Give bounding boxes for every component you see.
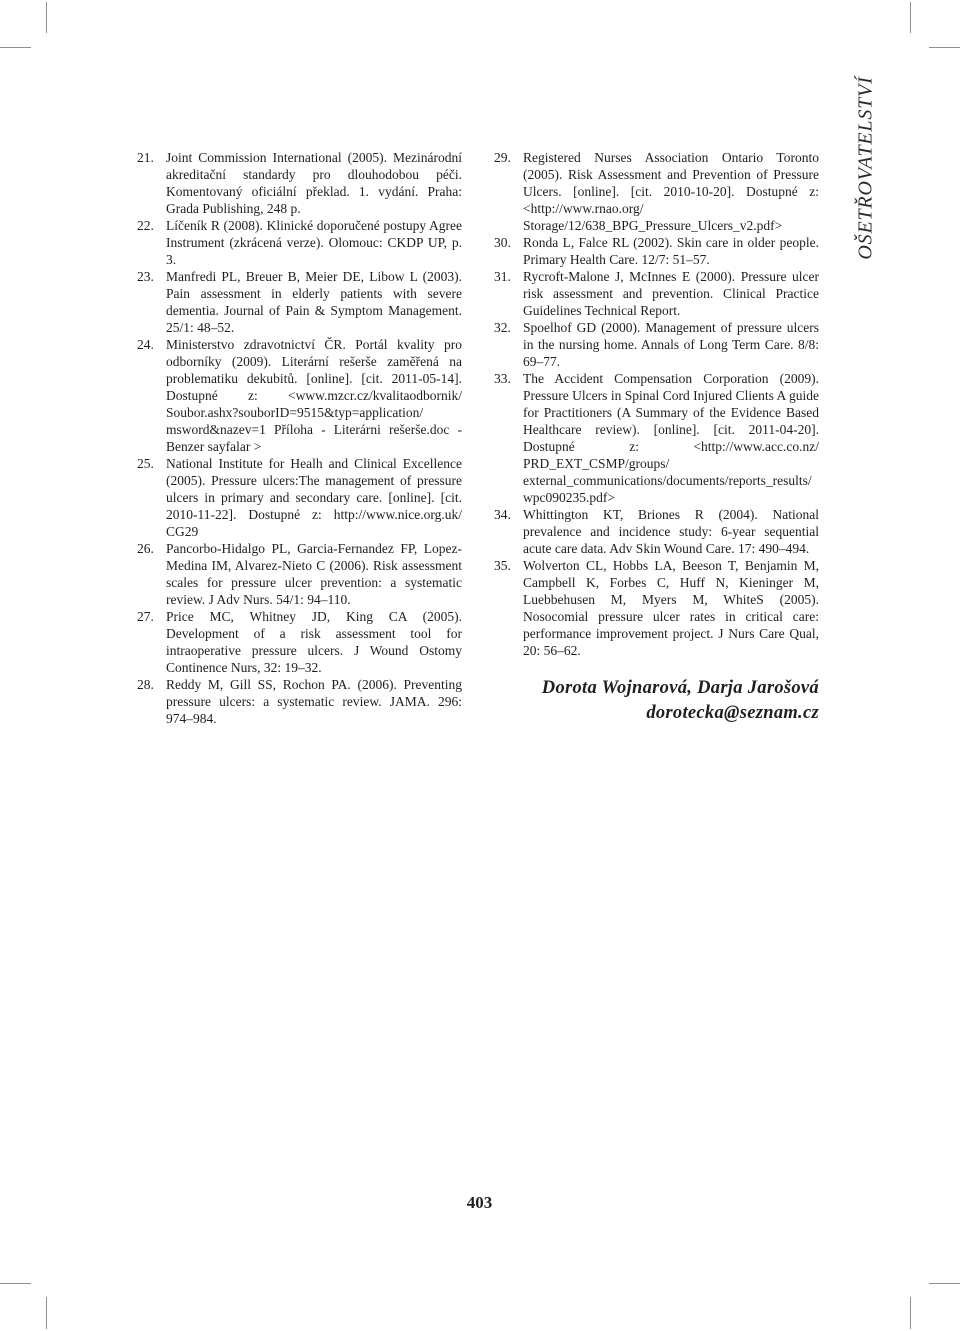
reference-number: 23. bbox=[137, 268, 166, 285]
reference-item: 28.Reddy M, Gill SS, Rochon PA. (2006). … bbox=[137, 676, 462, 727]
reference-number: 33. bbox=[494, 370, 523, 387]
reference-number: 35. bbox=[494, 557, 523, 574]
reference-number: 26. bbox=[137, 540, 166, 557]
reference-item: 25.National Institute for Healh and Clin… bbox=[137, 455, 462, 540]
reference-number: 28. bbox=[137, 676, 166, 693]
authors-block: Dorota Wojnarová, Darja Jarošová dorotec… bbox=[494, 676, 819, 726]
reference-text: Price MC, Whitney JD, King CA (2005). De… bbox=[166, 609, 462, 675]
reference-text: Pancorbo-Hidalgo PL, Garcia-Fernandez FP… bbox=[166, 541, 462, 607]
reference-text: Líčeník R (2008). Klinické doporučené po… bbox=[166, 218, 462, 267]
reference-text: Manfredi PL, Breuer B, Meier DE, Libow L… bbox=[166, 269, 462, 335]
reference-number: 27. bbox=[137, 608, 166, 625]
reference-text: Joint Commission International (2005). M… bbox=[166, 150, 462, 216]
reference-number: 29. bbox=[494, 149, 523, 166]
crop-mark-top-right-vertical bbox=[910, 2, 911, 33]
reference-text: Registered Nurses Association Ontario To… bbox=[523, 150, 819, 233]
scanned-paper-page: { "page": { "number": "403", "sidebar_la… bbox=[0, 0, 960, 1331]
reference-item: 23.Manfredi PL, Breuer B, Meier DE, Libo… bbox=[137, 268, 462, 336]
reference-item: 30.Ronda L, Falce RL (2002). Skin care i… bbox=[494, 234, 819, 268]
crop-mark-top-right-horizontal bbox=[929, 47, 960, 48]
reference-item: 24.Ministerstvo zdravotnictví ČR. Portál… bbox=[137, 336, 462, 455]
crop-mark-top-left-vertical bbox=[46, 2, 47, 33]
crop-mark-top-left-horizontal bbox=[0, 47, 31, 48]
reference-text: National Institute for Healh and Clinica… bbox=[166, 456, 462, 539]
crop-mark-bottom-left-horizontal bbox=[0, 1283, 31, 1284]
reference-text: Ronda L, Falce RL (2002). Skin care in o… bbox=[523, 235, 819, 267]
references-column-left: 21.Joint Commission International (2005)… bbox=[137, 149, 462, 727]
reference-number: 25. bbox=[137, 455, 166, 472]
crop-mark-bottom-right-vertical bbox=[910, 1297, 911, 1329]
reference-item: 34.Whittington KT, Briones R (2004). Nat… bbox=[494, 506, 819, 557]
crop-mark-bottom-left-vertical bbox=[46, 1297, 47, 1329]
reference-item: 29.Registered Nurses Association Ontario… bbox=[494, 149, 819, 234]
sidebar-vertical-label: OŠETŘOVATELSTVÍ bbox=[855, 76, 878, 259]
reference-number: 22. bbox=[137, 217, 166, 234]
reference-number: 24. bbox=[137, 336, 166, 353]
reference-text: Rycroft-Malone J, McInnes E (2000). Pres… bbox=[523, 269, 819, 318]
reference-number: 21. bbox=[137, 149, 166, 166]
reference-text: Whittington KT, Briones R (2004). Nation… bbox=[523, 507, 819, 556]
reference-item: 35.Wolverton CL, Hobbs LA, Beeson T, Ben… bbox=[494, 557, 819, 659]
reference-text: Spoelhof GD (2000). Management of pressu… bbox=[523, 320, 819, 369]
reference-number: 30. bbox=[494, 234, 523, 251]
crop-mark-bottom-right-horizontal bbox=[929, 1283, 960, 1284]
reference-text: Wolverton CL, Hobbs LA, Beeson T, Benjam… bbox=[523, 558, 819, 658]
reference-item: 22.Líčeník R (2008). Klinické doporučené… bbox=[137, 217, 462, 268]
reference-item: 26.Pancorbo-Hidalgo PL, Garcia-Fernandez… bbox=[137, 540, 462, 608]
reference-text: Reddy M, Gill SS, Rochon PA. (2006). Pre… bbox=[166, 677, 462, 726]
reference-text: The Accident Compensation Corporation (2… bbox=[523, 371, 819, 505]
reference-item: 27.Price MC, Whitney JD, King CA (2005).… bbox=[137, 608, 462, 676]
reference-number: 31. bbox=[494, 268, 523, 285]
reference-number: 32. bbox=[494, 319, 523, 336]
references-column-right: 29.Registered Nurses Association Ontario… bbox=[494, 149, 819, 659]
reference-text: Ministerstvo zdravotnictví ČR. Portál kv… bbox=[166, 337, 462, 454]
author-email: dorotecka@seznam.cz bbox=[494, 701, 819, 726]
author-names: Dorota Wojnarová, Darja Jarošová bbox=[494, 676, 819, 701]
reference-item: 31.Rycroft-Malone J, McInnes E (2000). P… bbox=[494, 268, 819, 319]
reference-item: 33.The Accident Compensation Corporation… bbox=[494, 370, 819, 506]
reference-item: 32.Spoelhof GD (2000). Management of pre… bbox=[494, 319, 819, 370]
page-number: 403 bbox=[437, 1193, 522, 1213]
reference-number: 34. bbox=[494, 506, 523, 523]
reference-item: 21.Joint Commission International (2005)… bbox=[137, 149, 462, 217]
